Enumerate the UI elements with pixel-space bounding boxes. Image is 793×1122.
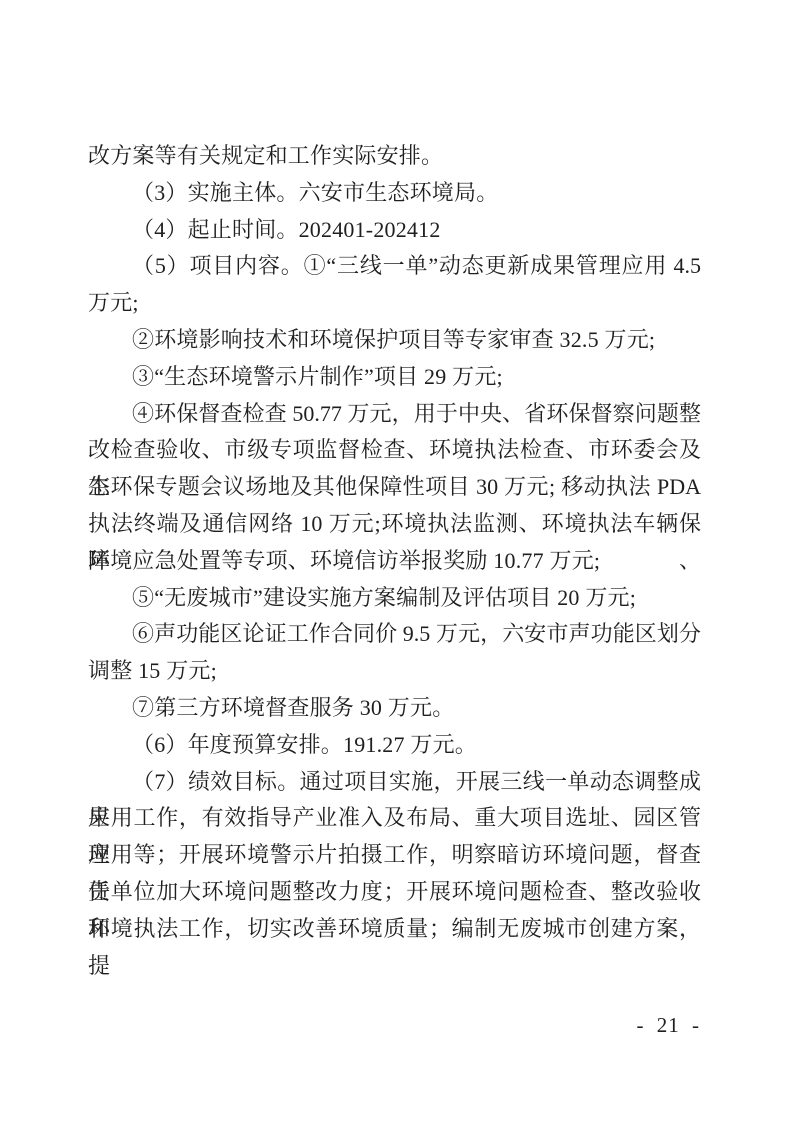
document-page: 改方案等有关规定和工作实际安排。（3）实施主体。六安市生态环境局。（4）起止时间… [0,0,793,1122]
document-line: ④环保督查检查 50.77 万元，用于中央、省环保督察问题整 [88,396,701,433]
document-line: （7）绩效目标。通过项目实施，开展三线一单动态调整成果 [88,764,701,801]
document-line: 改方案等有关规定和工作实际安排。 [88,138,701,175]
document-line: 调整 15 万元; [88,653,701,690]
document-line: （5）项目内容。①“三线一单”动态更新成果管理应用 4.5 [88,248,701,285]
document-line: （4）起止时间。202401-202412 [88,212,701,249]
document-line: 应用等；开展环境警示片拍摄工作，明察暗访环境问题，督查责 [88,837,701,874]
document-line: 任单位加大环境问题整改力度；开展环境问题检查、整改验收和 [88,874,701,911]
document-body: 改方案等有关规定和工作实际安排。（3）实施主体。六安市生态环境局。（4）起止时间… [88,138,701,948]
page-number: - 21 - [637,1010,701,1040]
document-line: ⑤“无废城市”建设实施方案编制及评估项目 20 万元; [88,580,701,617]
document-line: ⑥声功能区论证工作合同价 9.5 万元，六安市声功能区划分 [88,616,701,653]
document-line: ②环境影响技术和环境保护项目等专家审查 32.5 万元; [88,322,701,359]
document-line: 态环保专题会议场地及其他保障性项目 30 万元; 移动执法 PDA [88,469,701,506]
document-line: 执法终端及通信网络 10 万元;环境执法监测、环境执法车辆保障、 [88,506,701,543]
document-line: 环境执法工作，切实改善环境质量；编制无废城市创建方案，提 [88,911,701,948]
document-line: 万元; [88,285,701,322]
document-line: ⑦第三方环境督查服务 30 万元。 [88,690,701,727]
document-line: （6）年度预算安排。191.27 万元。 [88,727,701,764]
document-line: 应用工作，有效指导产业准入及布局、重大项目选址、园区管理 [88,800,701,837]
document-line: （3）实施主体。六安市生态环境局。 [88,175,701,212]
document-line: 改检查验收、市级专项监督检查、环境执法检查、市环委会及生 [88,432,701,469]
document-line: ③“生态环境警示片制作”项目 29 万元; [88,359,701,396]
